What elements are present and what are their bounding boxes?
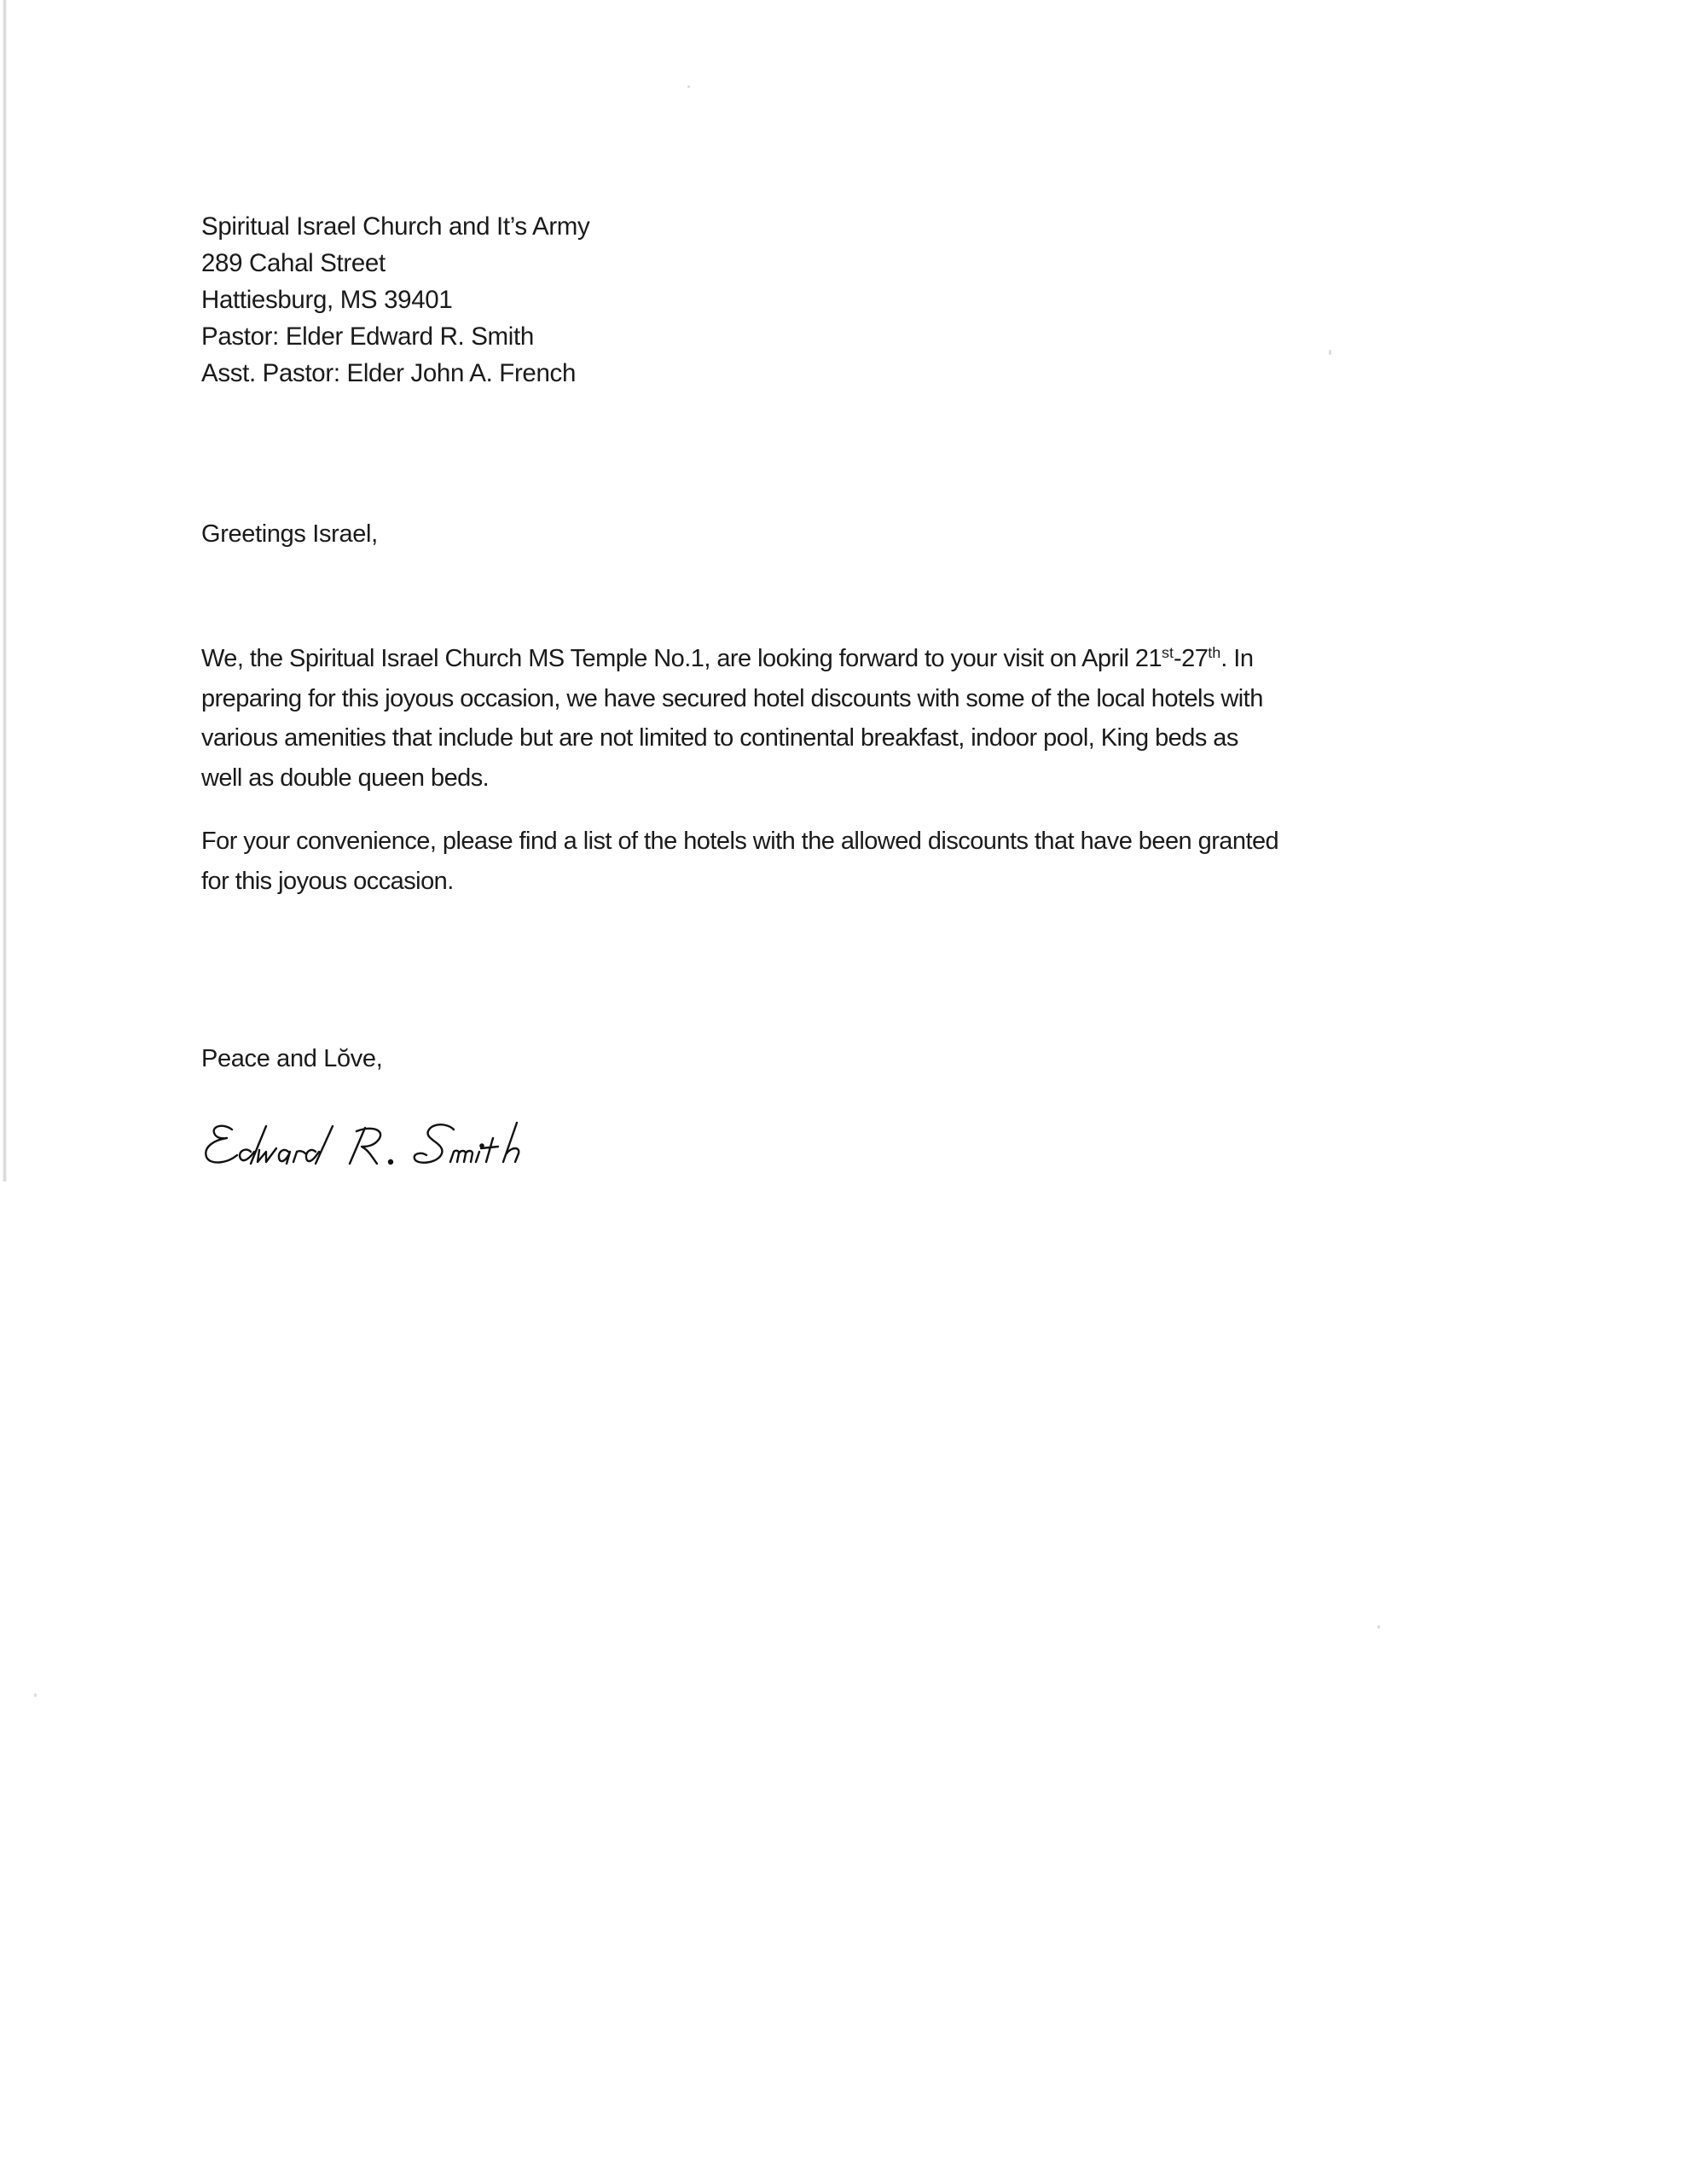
- greeting: Greetings Israel,: [201, 522, 378, 547]
- address-line-asst-pastor: Asst. Pastor: Elder John A. French: [201, 361, 576, 386]
- scan-speck: [1329, 350, 1331, 355]
- scan-edge-shadow: [3, 0, 7, 1182]
- date-range-end: -27: [1174, 645, 1208, 672]
- scan-speck: [687, 85, 690, 88]
- paragraph-2-line-2: for this joyous occasion.: [201, 869, 454, 894]
- address-line-city: Hattiesburg, MS 39401: [201, 288, 452, 313]
- closing: Peace and Lŏve,: [201, 1047, 382, 1072]
- scan-speck: [34, 1693, 37, 1697]
- paragraph-1-line-2: preparing for this joyous occasion, we h…: [201, 687, 1263, 712]
- address-line-pastor: Pastor: Elder Edward R. Smith: [201, 324, 534, 350]
- ordinal-suffix: th: [1208, 644, 1220, 661]
- address-line-organization: Spiritual Israel Church and It’s Army: [201, 214, 589, 240]
- paragraph-1-line-1-text: We, the Spiritual Israel Church MS Templ…: [201, 645, 1162, 672]
- paragraph-1-line-1: We, the Spiritual Israel Church MS Templ…: [201, 647, 1253, 671]
- paragraph-2-line-1: For your convenience, please find a list…: [201, 829, 1278, 854]
- signature: [198, 1114, 539, 1174]
- scan-speck: [1377, 1625, 1380, 1629]
- paragraph-1-line-4: well as double queen beds.: [201, 766, 489, 791]
- address-line-street: 289 Cahal Street: [201, 251, 386, 276]
- paragraph-1-line-1-tail: . In: [1220, 645, 1253, 672]
- paragraph-1-line-3: various amenities that include but are n…: [201, 726, 1238, 751]
- ordinal-suffix: st: [1162, 644, 1174, 661]
